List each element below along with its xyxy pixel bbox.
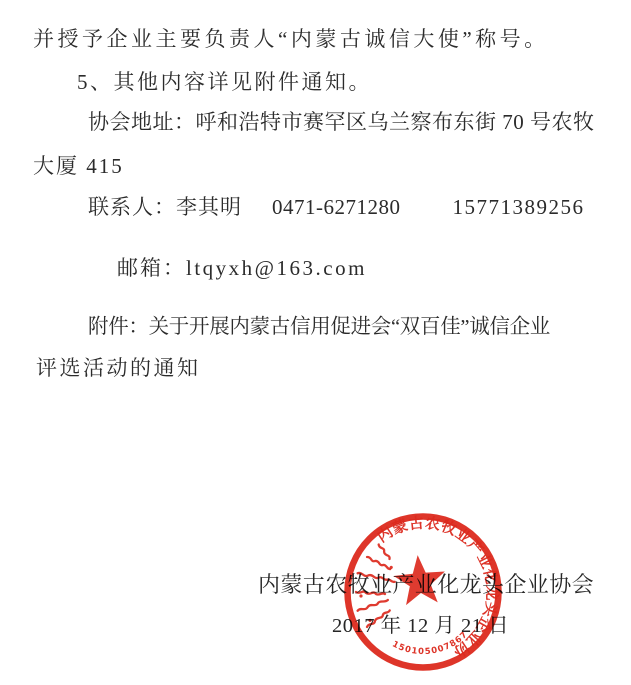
document-page: 并授予企业主要负责人“内蒙古诚信大使”称号。 5、其他内容详见附件通知。 协会地… xyxy=(0,0,631,685)
body-line-item5: 5、其他内容详见附件通知。 xyxy=(77,70,372,94)
body-line-award: 并授予企业主要负责人“内蒙古诚信大使”称号。 xyxy=(33,27,549,51)
attachment-line-1: 附件：关于开展内蒙古信用促进会“双百佳”诚信企业 xyxy=(88,316,550,340)
email-line: 邮箱：ltqyxh@163.com xyxy=(88,232,367,304)
email-label: 邮箱： xyxy=(117,256,186,280)
contact-mobile: 15771389256 xyxy=(453,195,585,219)
signature-date: 2017 年 12 月 21 日 xyxy=(332,608,509,638)
attachment-line-2: 评选活动的通知 xyxy=(36,356,201,380)
address-line-1: 协会地址：呼和浩特市赛罕区乌兰察布东街 70 号农牧 xyxy=(88,110,595,134)
signature-organization: 内蒙古农牧业产业化龙头企业协会 xyxy=(258,568,594,599)
contact-line: 联系人：李其明 0471-6271280 15771389256 xyxy=(88,195,585,219)
contact-phone: 0471-6271280 xyxy=(272,195,401,219)
address-line-2: 大厦 415 xyxy=(33,154,124,178)
contact-label: 联系人：李其明 xyxy=(88,195,242,219)
email-address: ltqyxh@163.com xyxy=(186,256,367,280)
